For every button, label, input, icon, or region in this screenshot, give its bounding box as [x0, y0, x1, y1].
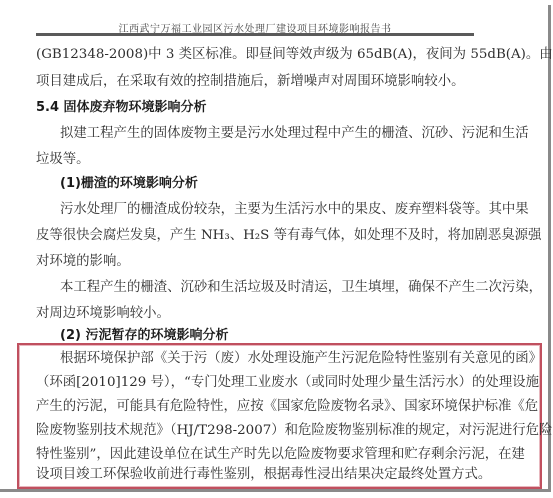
subheading-screen-residue: (1)栅渣的环境影响分析 — [60, 176, 198, 192]
body-line: 对周边环境影响较小。 — [36, 306, 170, 322]
page-edge-bottom — [0, 489, 551, 492]
highlighted-line: （环函[2010]129 号），“专门处理工业废水（或同时处理少量生活污水）的处… — [36, 375, 539, 391]
highlighted-line: 险废物鉴别技术规范》（HJ/T298-2007）和危险废物鉴别标准的规定，对污泥… — [36, 423, 552, 439]
highlighted-line: 根据环境保护部《关于污（废）水处理设施产生污泥危险特性鉴别有关意见的函》 — [60, 351, 542, 367]
highlighted-line: 产生的污泥，可能具有危险特性，应按《国家危险废物名录》、国家环境保护标准《危 — [36, 399, 538, 415]
body-line: 项目建成后，在采取有效的控制措施后，新增噪声对周围环境影响较小。 — [36, 74, 465, 90]
header-rule — [36, 33, 474, 36]
highlighted-line: 特性鉴别”，因此建设单位在试生产时先以危险废物要求管理和贮存剩余污泥，在建 — [36, 447, 525, 463]
body-line: (GB12348-2008)中 3 类区标准。即昼间等效声级为 65dB(A)，… — [36, 47, 553, 63]
subheading-sludge-storage: (2) 污泥暂存的环境影响分析 — [60, 328, 228, 344]
section-heading-5-4: 5.4 固体废弃物环境影响分析 — [36, 100, 207, 116]
body-line: 皮等很快会腐烂发臭，产生 NH₃、H₂S 等有毒气体，如处理不及时，将加剧恶臭源… — [36, 228, 541, 244]
body-line: 垃圾等。 — [36, 152, 90, 168]
body-line: 本工程产生的栅渣、沉砂和生活垃圾及时清运，卫生填埋，确保不产生二次污染， — [60, 280, 542, 296]
body-line: 污水处理厂的栅渣成份较杂，主要为生活污水中的果皮、废弃塑料袋等。其中果 — [60, 202, 529, 218]
body-line: 对环境的影响。 — [36, 254, 130, 270]
page-edge-right — [548, 5, 551, 491]
body-line: 拟建工程产生的固体废物主要是污水处理过程中产生的栅渣、沉砂、污泥和生活 — [60, 126, 529, 142]
highlighted-line: 设项目竣工环保验收前进行毒性鉴别，根据毒性浸出结果决定最终处置方式。 — [36, 467, 491, 483]
